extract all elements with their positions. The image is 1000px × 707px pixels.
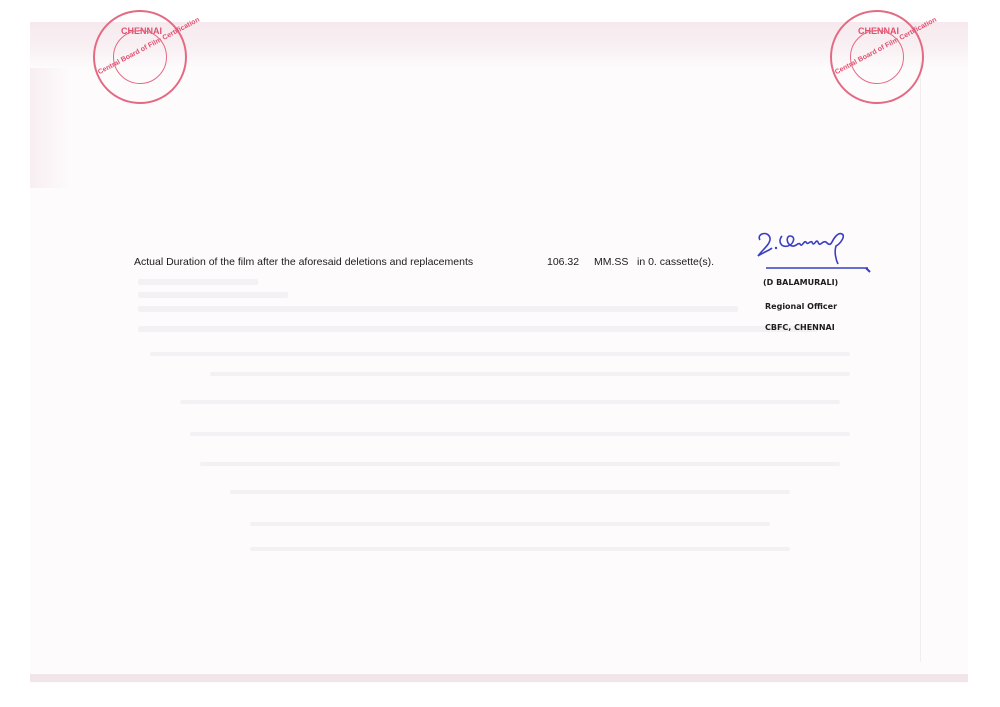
- scan-left-shadow: [30, 68, 70, 188]
- signature-icon: [752, 226, 872, 274]
- cassette-count: in 0. cassette(s).: [637, 256, 714, 268]
- scan-bottom-band: [30, 674, 968, 682]
- scanned-certificate-page: CHENNAI Central Board of Film Certificat…: [30, 22, 968, 683]
- cbfc-seal-left: CHENNAI Central Board of Film Certificat…: [93, 10, 187, 104]
- duration-unit: MM.SS: [594, 256, 628, 268]
- seal-city-text: CHENNAI: [858, 26, 899, 36]
- officer-office: CBFC, CHENNAI: [765, 323, 835, 332]
- duration-value: 106.32: [547, 256, 579, 268]
- seal-city-text: CHENNAI: [121, 26, 162, 36]
- page-fold-line: [920, 62, 921, 662]
- cbfc-seal-right: CHENNAI Central Board of Film Certificat…: [830, 10, 924, 104]
- officer-name: (D BALAMURALI): [763, 278, 838, 287]
- officer-designation: Regional Officer: [765, 302, 837, 311]
- duration-label: Actual Duration of the film after the af…: [134, 256, 473, 268]
